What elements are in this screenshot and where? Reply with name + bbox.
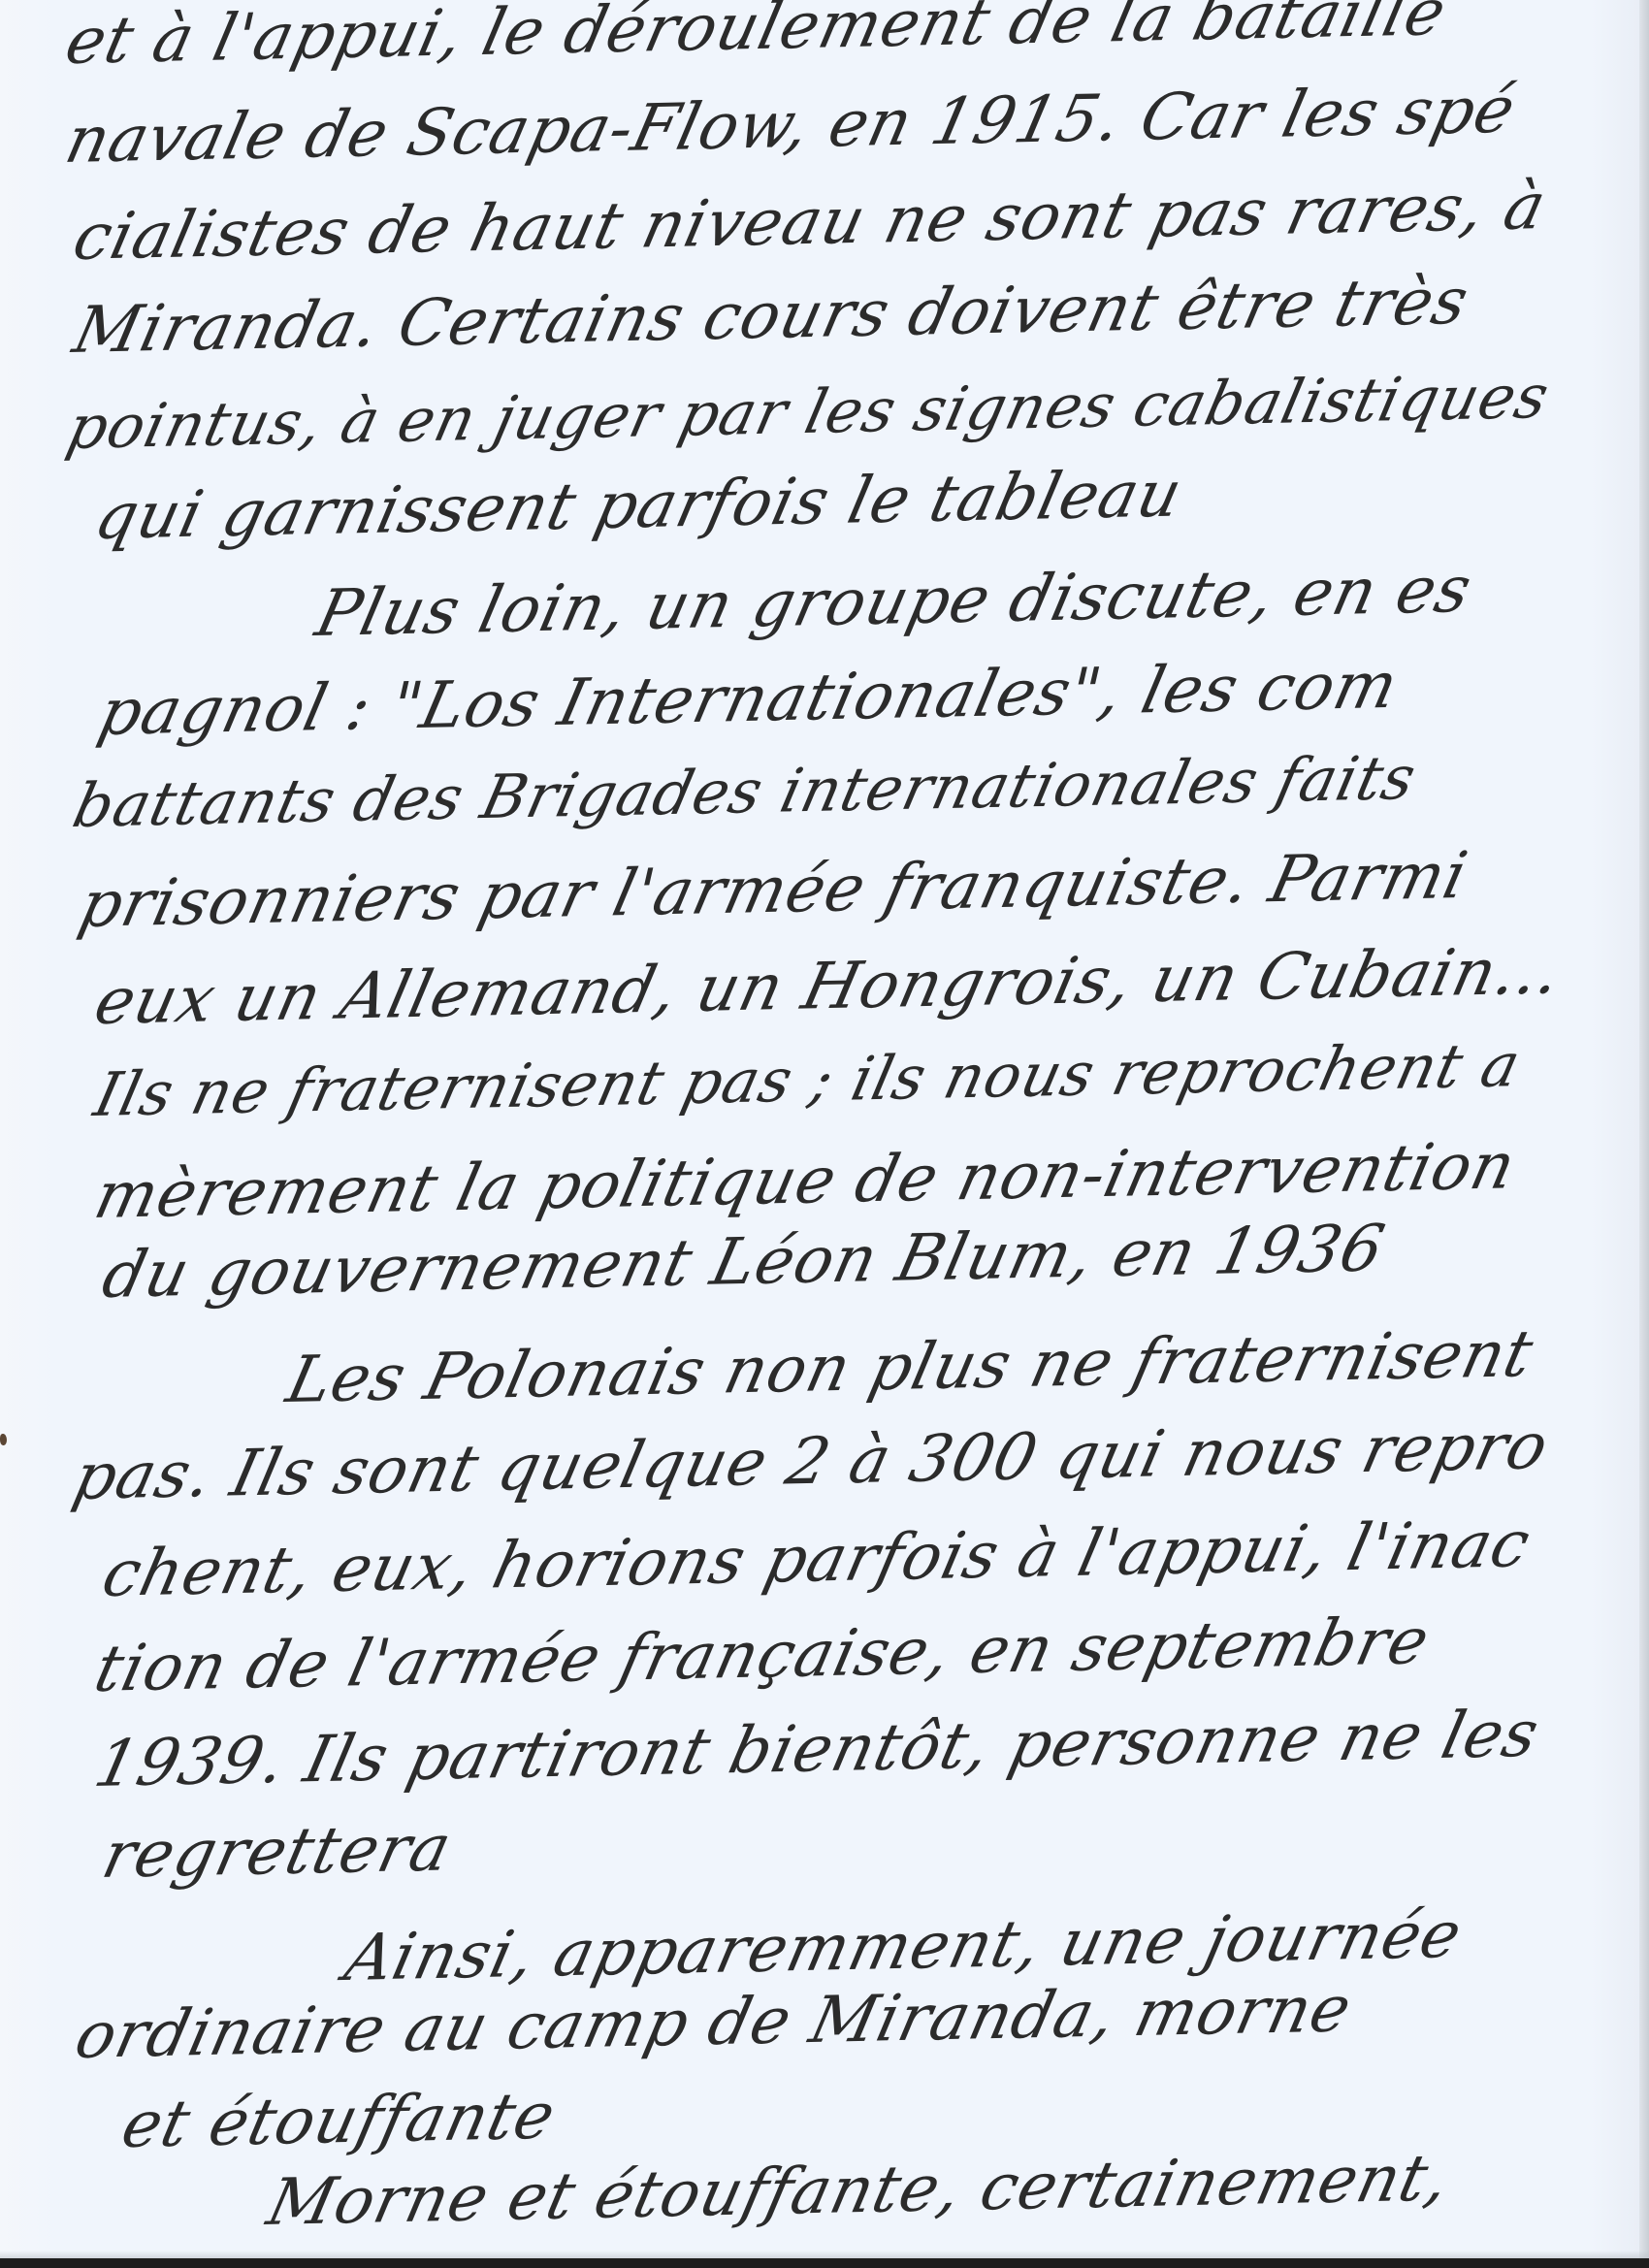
text-line-10: prisonniers par l'armée franquiste. Parm…	[74, 844, 1473, 937]
text-line-22: ordinaire au camp de Miranda, morne	[70, 1977, 1357, 2068]
text-line-3: cialistes de haut niveau ne sont pas rar…	[68, 175, 1552, 270]
text-line-11: eux un Allemand, un Hongrois, un Cubain.…	[89, 939, 1568, 1034]
scan-bottom-edge	[0, 2258, 1649, 2268]
text-line-8: pagnol : "Los Internationales", les com	[93, 654, 1404, 745]
text-line-12: Ils ne fraternisent pas ; ils nous repro…	[89, 1035, 1526, 1125]
scan-right-edge	[1639, 0, 1649, 2268]
text-line-20: regrettera	[97, 1816, 457, 1888]
text-line-18: tion de l'armée française, en septembre	[89, 1609, 1436, 1701]
manuscript-page: et à l'appui, le déroulement de la batai…	[0, 0, 1639, 2258]
text-line-23: et étouffante	[116, 2084, 562, 2157]
text-line-19: 1939. Ils partiront bientôt, personne ne…	[89, 1702, 1545, 1797]
text-line-15: Les Polonais non plus ne fraternisent	[281, 1322, 1539, 1412]
text-line-7: Plus loin, un groupe discute, en es	[310, 558, 1477, 646]
text-line-14: du gouvernement Léon Blum, en 1936	[97, 1216, 1390, 1308]
text-line-6: qui garnissent parfois le tableau	[89, 462, 1188, 549]
text-line-17: chent, eux, horions parfois à l'appui, l…	[97, 1512, 1536, 1606]
text-line-16: pas. Ils sont quelque 2 à 300 qui nous r…	[68, 1414, 1554, 1509]
text-line-24: Morne et étouffante, certainement,	[262, 2146, 1456, 2235]
scan-bottom-shadow	[0, 2251, 1649, 2258]
text-line-5: pointus, à en juger par les signes cabal…	[62, 367, 1555, 458]
text-line-4: Miranda. Certains cours doivent être trè…	[68, 270, 1474, 363]
ink-speck	[0, 1434, 7, 1445]
text-line-1: et à l'appui, le déroulement de la batai…	[60, 0, 1452, 74]
text-line-9: battants des Brigades internationales fa…	[68, 748, 1422, 836]
text-line-2: navale de Scapa-Flow, en 1915. Car les s…	[60, 78, 1521, 173]
